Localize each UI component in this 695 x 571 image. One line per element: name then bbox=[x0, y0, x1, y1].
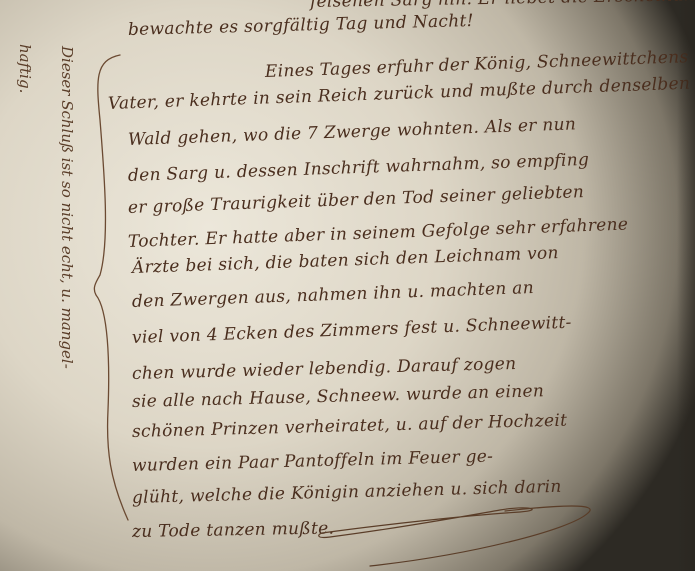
text-line-16: glüht, welche die Königin anziehen u. si… bbox=[132, 477, 562, 508]
text-line-10: den Zwergen aus, nahmen ihn u. machten a… bbox=[132, 278, 535, 312]
text-line-2: bewachte es sorgfältig Tag und Nacht! bbox=[128, 11, 474, 40]
manuscript-page: felsenen Sarg hin. Er liebet die Erschei… bbox=[0, 0, 695, 571]
text-line-1: felsenen Sarg hin. Er liebet die Erschei… bbox=[310, 0, 695, 12]
text-line-17: zu Tode tanzen mußte. bbox=[132, 518, 335, 542]
text-line-12: chen wurde wieder lebendig. Darauf zogen bbox=[132, 354, 517, 384]
text-line-15: wurden ein Paar Pantoffeln im Feuer ge- bbox=[132, 447, 494, 476]
margin-note-line-1: Dieser Schluß ist so nicht echt, u. mang… bbox=[58, 46, 76, 369]
text-line-4: Vater, er kehrte in sein Reich zurück un… bbox=[108, 74, 691, 114]
margin-brace bbox=[94, 55, 128, 520]
text-line-5: Wald gehen, wo die 7 Zwerge wohnten. Als… bbox=[128, 114, 577, 150]
end-flourish bbox=[319, 506, 590, 566]
text-line-14: schönen Prinzen verheiratet, u. auf der … bbox=[132, 411, 568, 442]
text-line-7: er große Traurigkeit über den Tod seiner… bbox=[128, 182, 585, 218]
text-line-6: den Sarg u. dessen Inschrift wahrnahm, s… bbox=[128, 150, 590, 186]
margin-note-line-2: haftig. bbox=[16, 44, 34, 93]
text-line-13: sie alle nach Hause, Schneew. wurde an e… bbox=[132, 381, 545, 412]
text-line-11: viel von 4 Ecken des Zimmers fest u. Sch… bbox=[132, 313, 572, 348]
